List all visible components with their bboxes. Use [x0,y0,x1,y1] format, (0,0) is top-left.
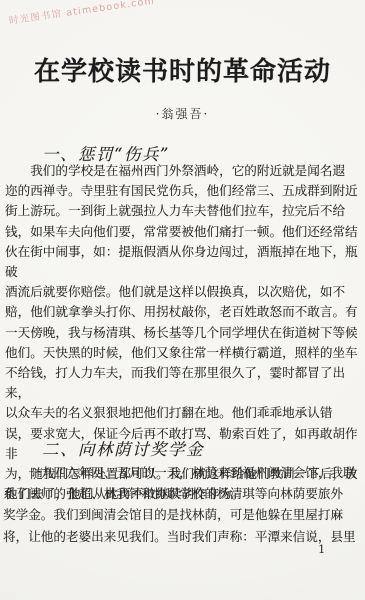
section-2-heading: 二、向林荫讨奖学金 [42,436,204,460]
author-byline: ·翁强吾· [0,105,365,122]
article-title: 在学校读书时的革命活动 [0,56,365,88]
scanned-book-page: 时光图书馆 atimebook.com 在学校读书时的革命活动 ·翁强吾· 一、… [0,0,365,600]
section-2-body-text: 一九四六年四、五月的一天，林荫来到福州闽清会馆，我联 系了闽师的张超、林我钟和协… [3,462,362,547]
page-number: 1 [318,542,325,556]
library-watermark: 时光图书馆 atimebook.com [8,0,156,27]
